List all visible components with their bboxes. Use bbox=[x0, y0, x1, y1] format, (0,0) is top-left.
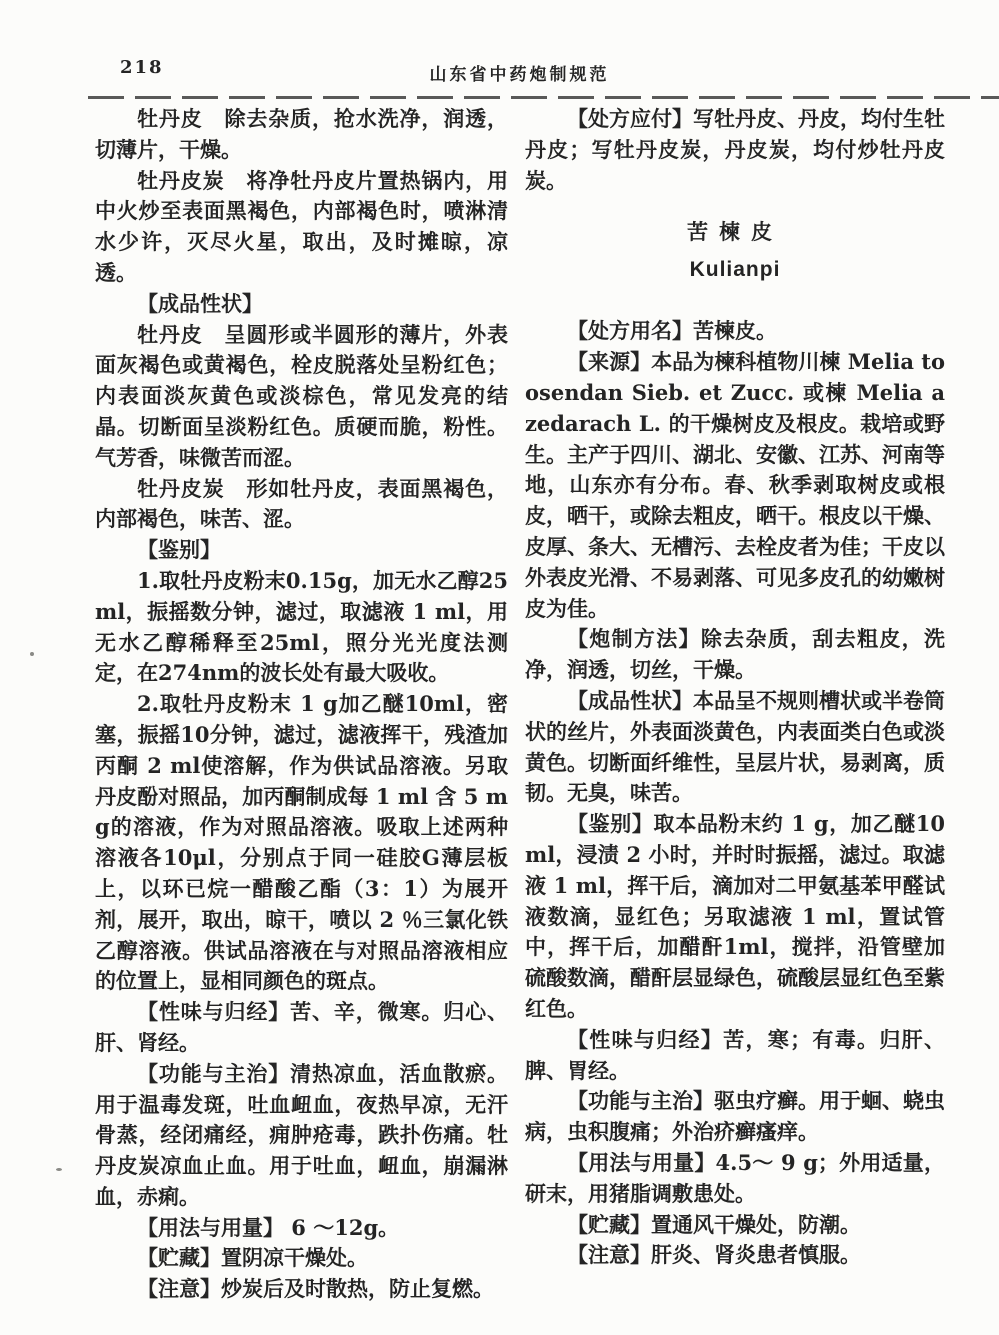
scan-artifact bbox=[56, 1168, 62, 1171]
header-divider bbox=[88, 96, 999, 99]
section-label-jianbie: 【鉴别】 bbox=[95, 535, 508, 566]
section-yongfa-yongliang: 【用法与用量】 6 ～12g。 bbox=[95, 1213, 508, 1244]
section-yongfa-yongliang: 【用法与用量】4.5～ 9 g；外用适量，研末，用猪脂调敷患处。 bbox=[525, 1148, 945, 1210]
identification-test-1: 1.取牡丹皮粉末0.15g，加无水乙醇25ml，振摇数分钟，滤过，取滤液 1 m… bbox=[95, 566, 508, 689]
section-chufang-yongming: 【处方用名】苦楝皮。 bbox=[525, 316, 945, 347]
right-column: 【处方应付】写牡丹皮、丹皮，均付生牡丹皮；写牡丹皮炭，丹皮炭，均付炒牡丹皮炭。 … bbox=[525, 104, 945, 1305]
scanned-book-page: 218 山东省中药炮制规范 牡丹皮 除去杂质，抢水洗净，润透，切薄片，干燥。 牡… bbox=[0, 0, 999, 1335]
entry-pinyin: Kulianpi bbox=[525, 250, 945, 290]
section-label-chengpin-xingzhuang: 【成品性状】 bbox=[95, 289, 508, 320]
mudanpi-charcoal-description: 牡丹皮炭 形如牡丹皮，表面黑褐色，内部褐色，味苦、涩。 bbox=[95, 474, 508, 536]
scan-artifact bbox=[30, 652, 34, 656]
mudanpi-description: 牡丹皮 呈圆形或半圆形的薄片，外表面灰褐色或黄褐色，栓皮脱落处呈粉红色；内表面淡… bbox=[95, 320, 508, 474]
left-column: 牡丹皮 除去杂质，抢水洗净，润透，切薄片，干燥。 牡丹皮炭 将净牡丹皮片置热锅内… bbox=[95, 104, 508, 1305]
section-zhuyi: 【注意】肝炎、肾炎患者慎服。 bbox=[525, 1240, 945, 1271]
mudanpi-charcoal-processing: 牡丹皮炭 将净牡丹皮片置热锅内，用中火炒至表面黑褐色，内部褐色时，喷淋清水少许，… bbox=[95, 166, 508, 289]
section-zhuyi: 【注意】炒炭后及时散热，防止复燃。 bbox=[95, 1274, 508, 1305]
section-gongneng-zhuzhi: 【功能与主治】驱虫疗癣。用于蛔、蛲虫病，虫积腹痛；外治疥癣瘙痒。 bbox=[525, 1086, 945, 1148]
section-paozhi-fangfa: 【炮制方法】除去杂质，刮去粗皮，洗净，润透，切丝，干燥。 bbox=[525, 624, 945, 686]
section-chengpin-xingzhuang: 【成品性状】本品呈不规则槽状或半卷筒状的丝片，外表面淡黄色，内表面类白色或淡黄色… bbox=[525, 686, 945, 809]
entry-title-kulianpi: 苦楝皮 bbox=[525, 214, 945, 250]
section-zhucang: 【贮藏】置阴凉干燥处。 bbox=[95, 1243, 508, 1274]
two-column-text: 牡丹皮 除去杂质，抢水洗净，润透，切薄片，干燥。 牡丹皮炭 将净牡丹皮片置热锅内… bbox=[95, 104, 945, 1305]
identification-test-2: 2.取牡丹皮粉末 1 g加乙醚10ml，密塞，振摇10分钟，滤过，滤液挥干，残渣… bbox=[95, 689, 508, 997]
section-laiyuan: 【来源】本品为楝科植物川楝 Melia toosendan Sieb. et Z… bbox=[525, 347, 945, 624]
running-header-title: 山东省中药炮制规范 bbox=[0, 60, 999, 85]
section-zhucang: 【贮藏】置通风干燥处，防潮。 bbox=[525, 1210, 945, 1241]
section-chufang-yingfu: 【处方应付】写牡丹皮、丹皮，均付生牡丹皮；写牡丹皮炭，丹皮炭，均付炒牡丹皮炭。 bbox=[525, 104, 945, 196]
mudanpi-plain-processing: 牡丹皮 除去杂质，抢水洗净，润透，切薄片，干燥。 bbox=[95, 104, 508, 166]
section-xingwei-guijing: 【性味与归经】苦，寒；有毒。归肝、脾、胃经。 bbox=[525, 1025, 945, 1087]
section-jianbie: 【鉴别】取本品粉末约 1 g，加乙醚10ml，浸渍 2 小时，并时时振摇，滤过。… bbox=[525, 809, 945, 1025]
section-xingwei-guijing: 【性味与归经】苦、辛，微寒。归心、肝、肾经。 bbox=[95, 997, 508, 1059]
section-gongneng-zhuzhi: 【功能与主治】清热凉血，活血散瘀。用于温毒发斑，吐血衄血，夜热早凉，无汗骨蒸，经… bbox=[95, 1059, 508, 1213]
